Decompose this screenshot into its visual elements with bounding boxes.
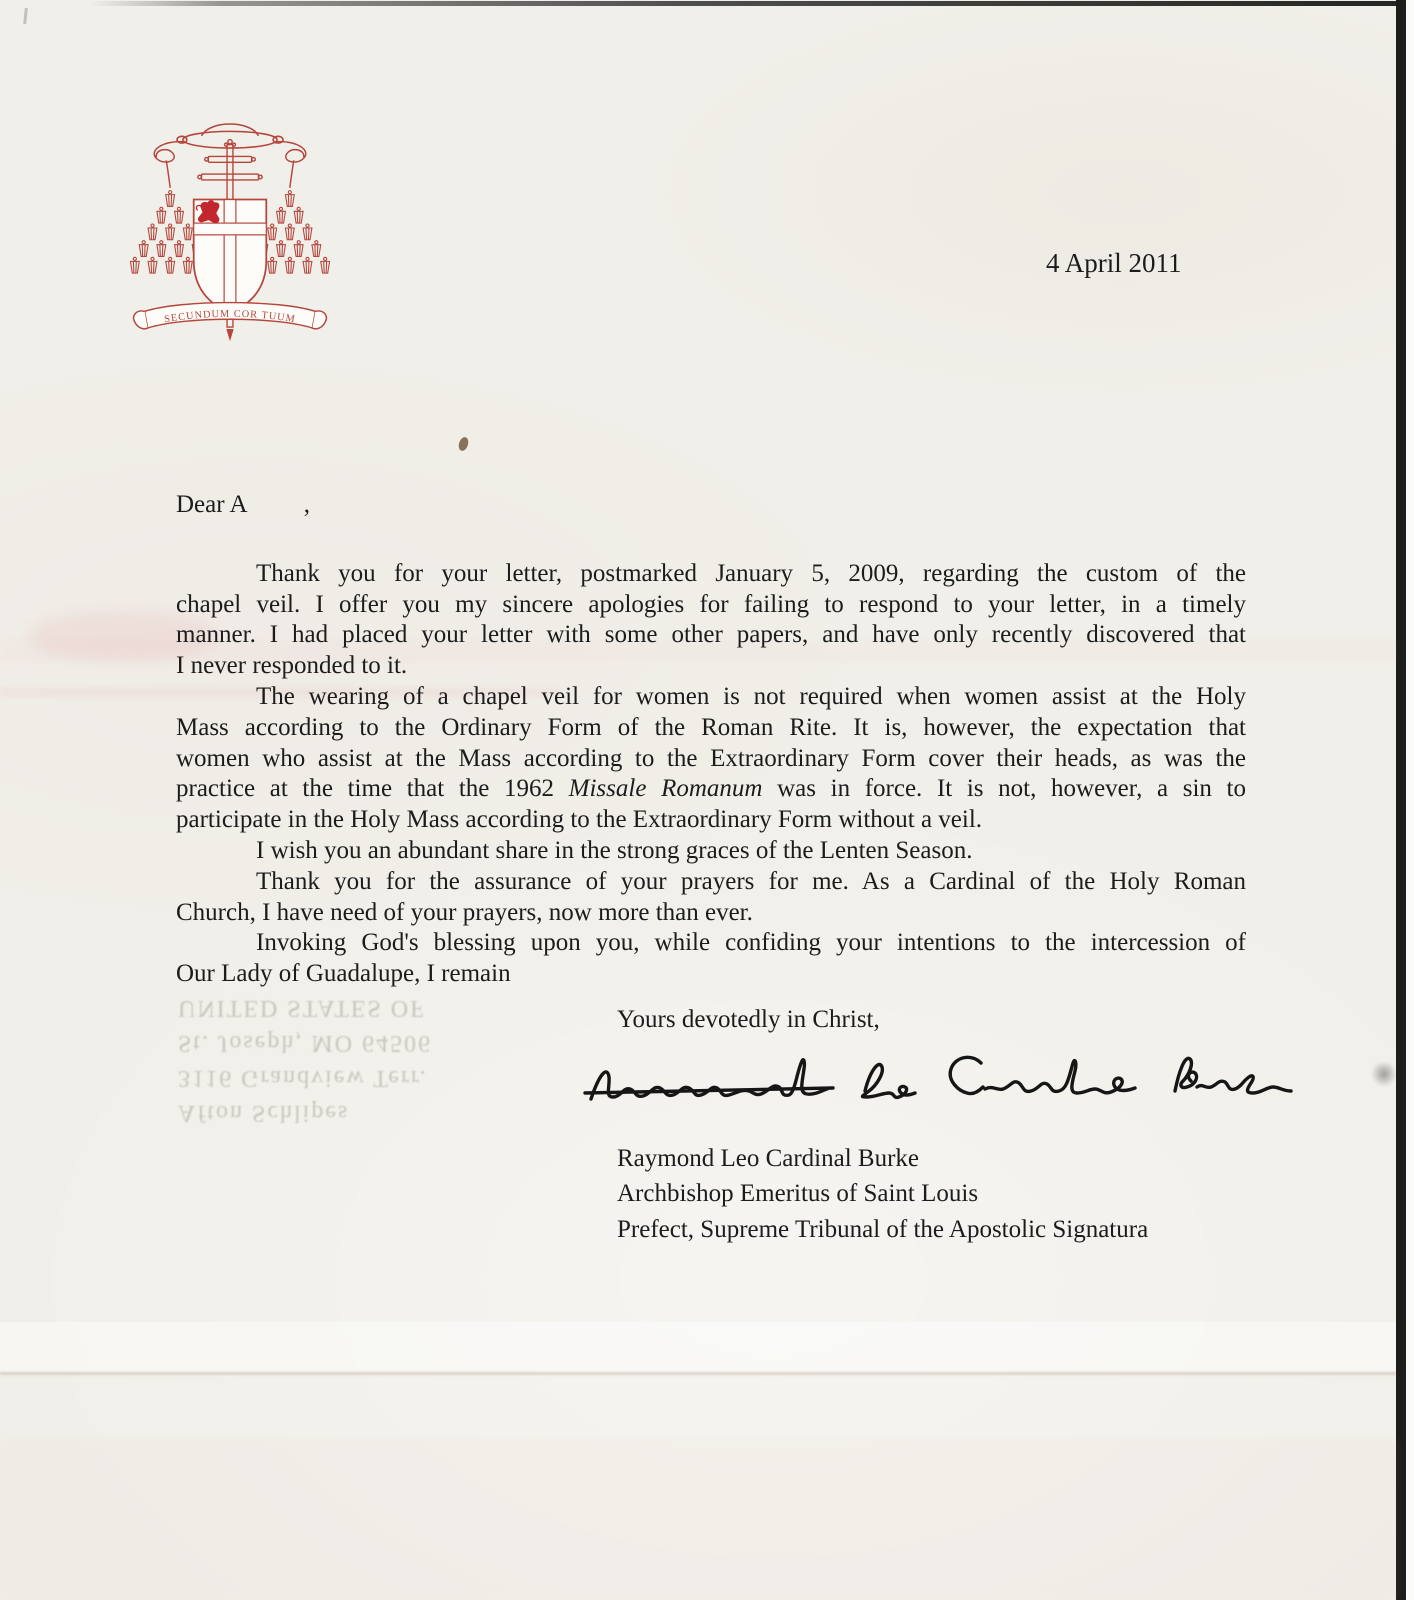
body-line: Thank you for your letter, postmarked Ja… bbox=[176, 559, 1246, 590]
scanned-letter: SECUNDUM COR TUUM 4 April 2011 Dear A , … bbox=[0, 0, 1414, 1600]
handwritten-signature bbox=[583, 1046, 1298, 1118]
body-line: chapel veil. I offer you my sincere apol… bbox=[176, 590, 1246, 621]
valediction: Yours devotedly in Christ, bbox=[617, 1006, 880, 1034]
scan-edge-top bbox=[90, 1, 1402, 6]
body-line: participate in the Holy Mass according t… bbox=[176, 805, 1246, 836]
letter-body: Dear A , Thank you for your letter, post… bbox=[176, 490, 1246, 990]
body-line-with-italic: practice at the time that the 1962 Missa… bbox=[176, 774, 1246, 805]
bleed-through-text: UNITED STATES OF St. Joseph, MO 64506 31… bbox=[178, 990, 508, 1130]
body-text: was in force. It is not, however, a sin … bbox=[762, 775, 1246, 802]
bleed-through-line: St. Joseph, MO 64506 bbox=[178, 1025, 508, 1060]
body-line: Invoking God's blessing upon you, while … bbox=[176, 928, 1246, 959]
paper-smudge bbox=[1370, 1062, 1398, 1086]
coat-of-arms-graphic: SECUNDUM COR TUUM bbox=[127, 110, 333, 346]
scan-edge-right bbox=[1396, 0, 1406, 1600]
body-line: women who assist at the Mass according t… bbox=[176, 744, 1246, 775]
paper-fold-line bbox=[0, 1372, 1396, 1375]
title-line-2: Prefect, Supreme Tribunal of the Apostol… bbox=[617, 1212, 1148, 1247]
salutation: Dear A , bbox=[176, 490, 1246, 521]
body-line: Our Lady of Guadalupe, I remain bbox=[176, 959, 1246, 990]
body-line: The wearing of a chapel veil for women i… bbox=[176, 682, 1246, 713]
bleed-through-line: Afton Schlipes bbox=[178, 1095, 508, 1130]
body-line: Church, I have need of your prayers, now… bbox=[176, 898, 1246, 929]
body-line: I wish you an abundant share in the stro… bbox=[176, 836, 1246, 867]
shield bbox=[194, 200, 267, 316]
italic-title: Missale Romanum bbox=[569, 775, 763, 802]
body-text: practice at the time that the 1962 bbox=[176, 775, 569, 802]
bleed-through-line: UNITED STATES OF bbox=[178, 990, 508, 1025]
body-line: Mass according to the Ordinary Form of t… bbox=[176, 713, 1246, 744]
paper-tint-bottom bbox=[0, 1440, 1396, 1600]
letter-date: 4 April 2011 bbox=[1046, 248, 1182, 279]
body-line: Thank you for the assurance of your pray… bbox=[176, 867, 1246, 898]
body-line: I never responded to it. bbox=[176, 651, 1246, 682]
bleed-through-line: 3116 Grandview Terr. bbox=[178, 1060, 508, 1095]
signature-block: Raymond Leo Cardinal Burke Archbishop Em… bbox=[617, 1141, 1148, 1247]
typed-name: Raymond Leo Cardinal Burke bbox=[617, 1141, 1148, 1176]
paper-light-band bbox=[0, 1322, 1396, 1372]
body-line: manner. I had placed your letter with so… bbox=[176, 620, 1246, 651]
motto-scroll: SECUNDUM COR TUUM bbox=[134, 303, 327, 329]
scan-margin-right bbox=[1406, 0, 1414, 1600]
coat-of-arms: SECUNDUM COR TUUM bbox=[127, 110, 333, 346]
title-line-1: Archbishop Emeritus of Saint Louis bbox=[617, 1176, 1148, 1211]
